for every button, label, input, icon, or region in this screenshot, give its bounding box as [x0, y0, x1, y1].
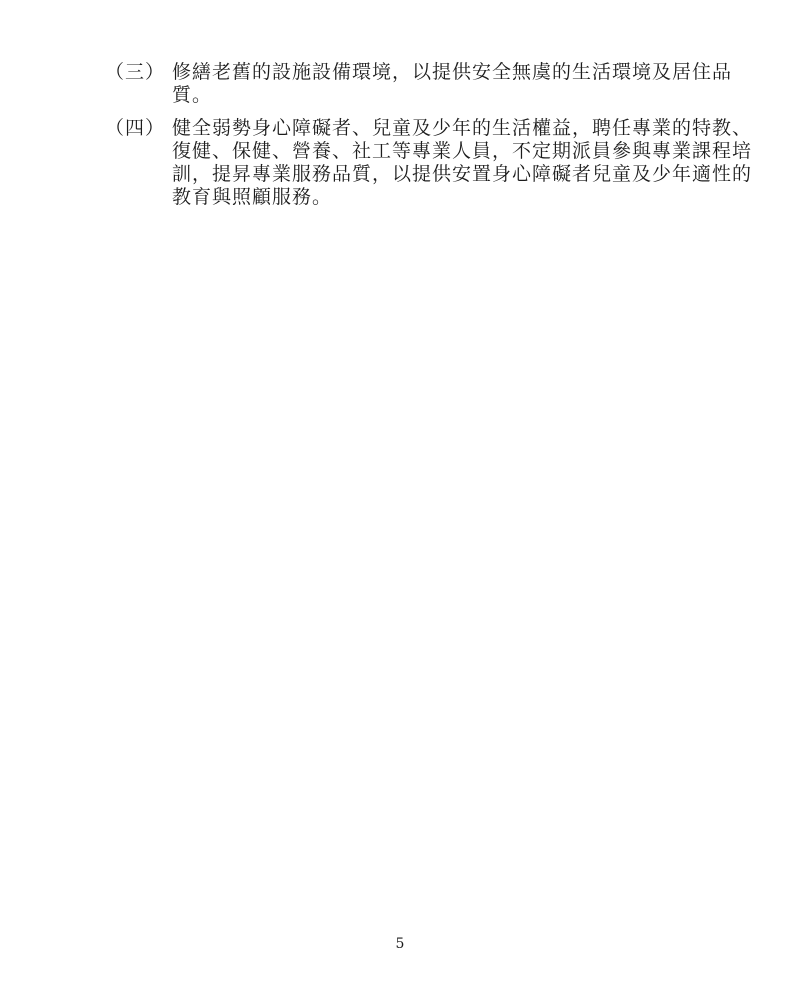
document-page: （三） 修繕老舊的設施設備環境，以提供安全無虞的生活環境及居住品 質。 （四） … [0, 0, 800, 1000]
text-line: 訓，提昇專業服務品質，以提供安置身心障礙者兒童及少年適性的 [172, 163, 752, 186]
text-line: 質。 [172, 84, 732, 107]
list-item-4-label: （四） [105, 117, 172, 140]
list-item-4: （四） 健全弱勢身心障礙者、兒童及少年的生活權益，聘任專業的特教、 復健、保健、… [105, 117, 730, 209]
text-line: 復健、保健、營養、社工等專業人員，不定期派員參與專業課程培 [172, 140, 752, 163]
list-item-4-text: 健全弱勢身心障礙者、兒童及少年的生活權益，聘任專業的特教、 復健、保健、營養、社… [172, 117, 752, 209]
list-item-3: （三） 修繕老舊的設施設備環境，以提供安全無虞的生活環境及居住品 質。 [105, 61, 730, 107]
document-body: （三） 修繕老舊的設施設備環境，以提供安全無虞的生活環境及居住品 質。 （四） … [105, 61, 730, 219]
page-number: 5 [0, 935, 800, 953]
list-item-3-text: 修繕老舊的設施設備環境，以提供安全無虞的生活環境及居住品 質。 [172, 61, 732, 107]
text-line: 教育與照顧服務。 [172, 186, 752, 209]
list-item-3-label: （三） [105, 61, 172, 84]
text-line: 修繕老舊的設施設備環境，以提供安全無虞的生活環境及居住品 [172, 61, 732, 84]
text-line: 健全弱勢身心障礙者、兒童及少年的生活權益，聘任專業的特教、 [172, 117, 752, 140]
